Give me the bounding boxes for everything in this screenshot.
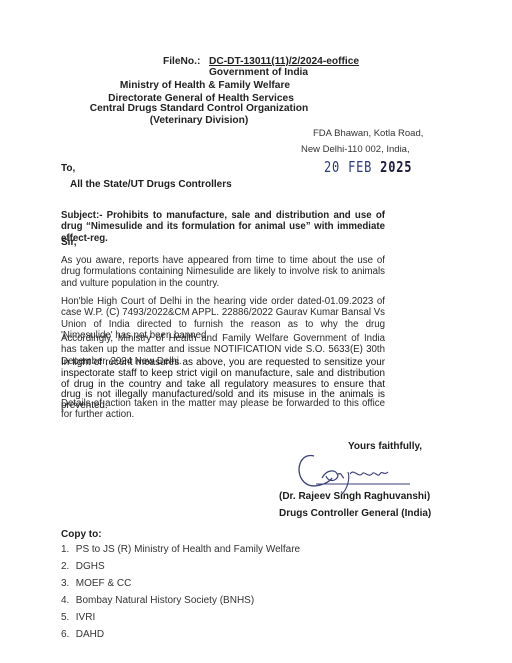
list-item: 5. IVRI — [61, 612, 300, 629]
subject-line: Subject:- Prohibits to manufacture, sale… — [61, 210, 385, 244]
item-text: PS to JS (R) Ministry of Health and Fami… — [76, 544, 300, 555]
signatory-designation: Drugs Controller General (India) — [279, 508, 431, 519]
date-stamp: 20 FEB 2025 — [324, 158, 412, 176]
letter-page: FileNo.: DC-DT-13011(11)/2/2024-eoffice … — [0, 0, 512, 663]
greeting: Sir, — [61, 237, 77, 248]
ministry-heading: Ministry of Health & Family Welfare — [4, 80, 406, 91]
file-number: DC-DT-13011(11)/2/2024-eoffice — [209, 56, 359, 67]
date-stamp-year: 2025 — [380, 158, 412, 176]
item-text: DGHS — [76, 561, 105, 572]
item-number: 1. — [61, 544, 73, 556]
item-number: 2. — [61, 561, 73, 573]
item-text: IVRI — [76, 612, 95, 623]
file-number-label: FileNo.: — [163, 56, 200, 67]
copy-to-label: Copy to: — [61, 529, 102, 540]
list-item: 6. DAHD — [61, 629, 300, 646]
paragraph-1: As you aware, reports have appeared from… — [61, 255, 385, 289]
signatory-name: (Dr. Rajeev Singh Raghuvanshi) — [279, 491, 430, 502]
item-text: Bombay Natural History Society (BNHS) — [76, 595, 254, 606]
item-number: 4. — [61, 595, 73, 607]
addressee: All the State/UT Drugs Controllers — [70, 179, 232, 190]
address-line-1: FDA Bhawan, Kotla Road, — [313, 128, 423, 139]
item-text: DAHD — [76, 629, 104, 640]
to-label: To, — [61, 163, 75, 174]
government-heading: Government of India — [209, 67, 308, 78]
division-heading: (Veterinary Division) — [0, 115, 400, 126]
address-line-2: New Delhi-110 002, India, — [301, 144, 410, 155]
list-item: 1. PS to JS (R) Ministry of Health and F… — [61, 544, 300, 561]
list-item: 3. MOEF & CC — [61, 578, 300, 595]
item-number: 5. — [61, 612, 73, 624]
list-item: 4. Bombay Natural History Society (BNHS) — [61, 595, 300, 612]
copy-to-list: 1. PS to JS (R) Ministry of Health and F… — [61, 544, 300, 646]
item-number: 3. — [61, 578, 73, 590]
organization-heading: Central Drugs Standard Control Organizat… — [0, 103, 400, 114]
item-number: 6. — [61, 629, 73, 641]
list-item: 2. DGHS — [61, 561, 300, 578]
paragraph-5: Details of action taken in the matter ma… — [61, 398, 385, 421]
item-text: MOEF & CC — [76, 578, 132, 589]
date-stamp-day-month: 20 FEB — [324, 158, 372, 176]
